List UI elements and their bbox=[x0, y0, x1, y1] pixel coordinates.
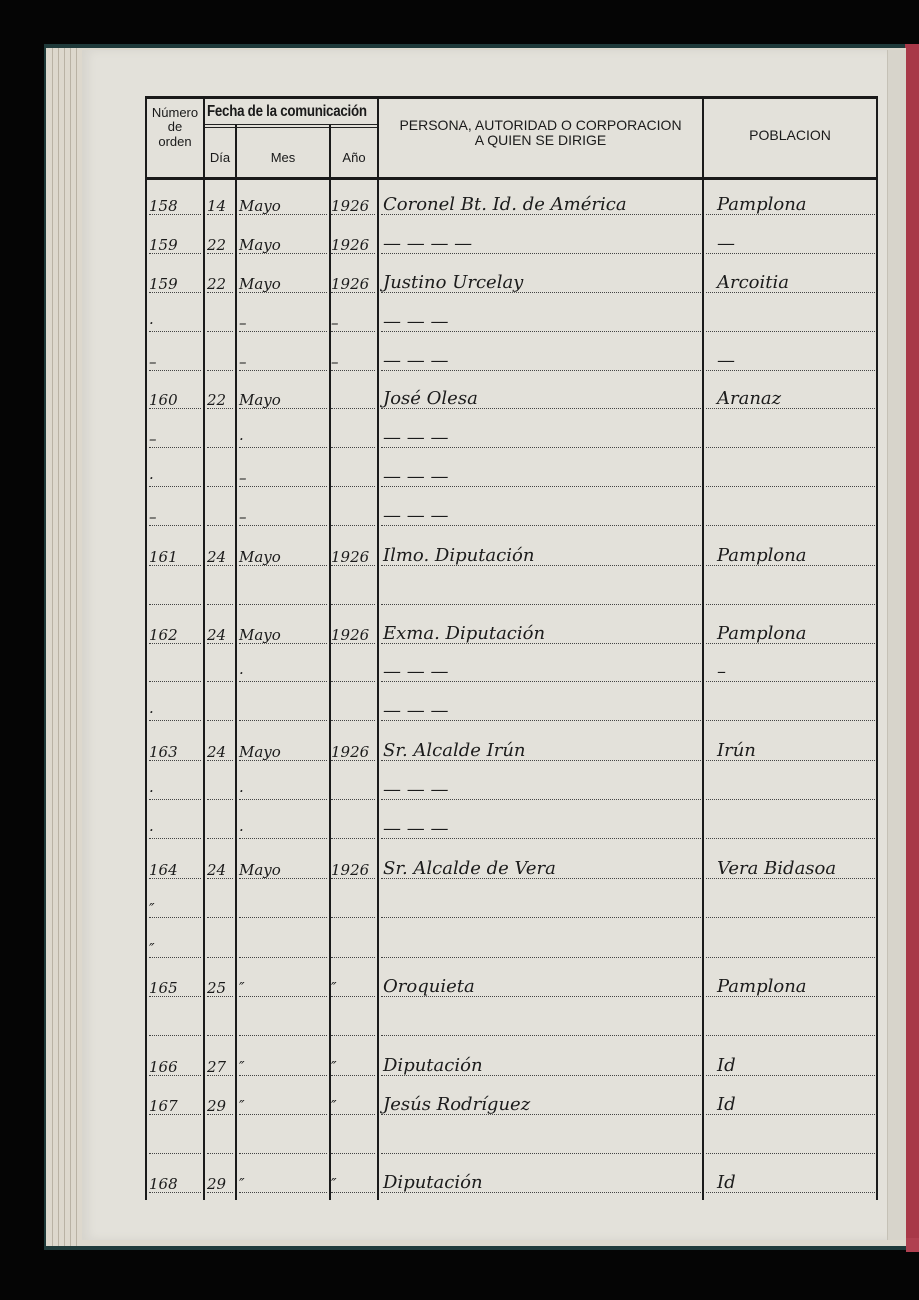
cell-numero: 166 bbox=[149, 1060, 178, 1075]
cell-numero: 168 bbox=[149, 1177, 178, 1192]
row-baseline bbox=[207, 799, 233, 800]
row-baseline bbox=[239, 447, 327, 448]
cell-ano: ″ bbox=[331, 1099, 337, 1114]
row-baseline bbox=[331, 486, 375, 487]
row-baseline bbox=[149, 331, 201, 332]
row-baseline bbox=[149, 838, 201, 839]
cell-persona: — — — bbox=[383, 781, 448, 799]
cell-dia: 24 bbox=[207, 628, 226, 643]
row-baseline bbox=[706, 447, 875, 448]
col-border-numero bbox=[203, 96, 205, 1200]
row-baseline bbox=[331, 1114, 375, 1115]
cell-persona: — — — bbox=[383, 468, 448, 486]
cell-persona: Coronel Bt. Id. de América bbox=[383, 196, 627, 214]
cell-mes: ″ bbox=[239, 1177, 245, 1192]
cell-poblacion: Pamplona bbox=[717, 978, 807, 996]
cell-numero: 159 bbox=[149, 238, 178, 253]
cell-numero: 160 bbox=[149, 393, 178, 408]
cell-ano: 1926 bbox=[331, 277, 369, 292]
row-baseline bbox=[331, 799, 375, 800]
book-binding-edge bbox=[905, 44, 919, 1244]
cell-ano: – bbox=[331, 355, 339, 370]
cell-numero: 165 bbox=[149, 981, 178, 996]
row-baseline bbox=[706, 681, 875, 682]
row-baseline bbox=[331, 996, 375, 997]
cell-numero: · bbox=[149, 705, 154, 720]
row-baseline bbox=[239, 1192, 327, 1193]
cell-persona: Diputación bbox=[383, 1174, 483, 1192]
row-baseline bbox=[239, 838, 327, 839]
cell-persona: — — — bbox=[383, 702, 448, 720]
row-baseline bbox=[207, 681, 233, 682]
cell-dia: 24 bbox=[207, 745, 226, 760]
row-baseline bbox=[207, 331, 233, 332]
fecha-subheader-line-2 bbox=[205, 127, 377, 128]
cell-persona: — — — bbox=[383, 663, 448, 681]
cell-mes: · bbox=[239, 432, 244, 447]
cell-mes: Mayo bbox=[239, 199, 281, 214]
row-baseline bbox=[239, 525, 327, 526]
col-border-ano bbox=[377, 96, 379, 1200]
cell-poblacion: Id bbox=[717, 1057, 736, 1075]
cell-mes: ″ bbox=[239, 981, 245, 996]
row-baseline bbox=[239, 370, 327, 371]
row-baseline bbox=[706, 720, 875, 721]
cell-persona: Oroquieta bbox=[383, 978, 475, 996]
row-baseline bbox=[149, 1035, 201, 1036]
row-baseline bbox=[207, 447, 233, 448]
cell-dia: 14 bbox=[207, 199, 226, 214]
row-baseline bbox=[149, 799, 201, 800]
row-baseline bbox=[706, 838, 875, 839]
cell-dia: 27 bbox=[207, 1060, 226, 1075]
cell-persona: Sr. Alcalde de Vera bbox=[383, 860, 556, 878]
row-baseline bbox=[207, 917, 233, 918]
row-baseline bbox=[149, 1153, 201, 1154]
cell-dia: 24 bbox=[207, 550, 226, 565]
row-baseline bbox=[381, 604, 701, 605]
row-baseline bbox=[149, 917, 201, 918]
cell-persona: — — — bbox=[383, 429, 448, 447]
row-baseline bbox=[239, 1114, 327, 1115]
cell-poblacion: Vera Bidasoa bbox=[717, 860, 836, 878]
cell-ano: 1926 bbox=[331, 628, 369, 643]
row-baseline bbox=[331, 957, 375, 958]
ledger-table: Número de orden Fecha de la comunicación… bbox=[145, 96, 878, 1200]
cell-persona: — — — — bbox=[383, 235, 472, 253]
cell-dia: 29 bbox=[207, 1099, 226, 1114]
cell-persona: Sr. Alcalde Irún bbox=[383, 742, 526, 760]
header-bottom-border bbox=[147, 177, 876, 180]
cell-mes: ″ bbox=[239, 1099, 245, 1114]
row-baseline bbox=[239, 1075, 327, 1076]
cell-mes: Mayo bbox=[239, 550, 281, 565]
col-border-right bbox=[876, 96, 878, 1200]
cell-dia: 25 bbox=[207, 981, 226, 996]
cell-numero: 167 bbox=[149, 1099, 178, 1114]
row-baseline bbox=[239, 1035, 327, 1036]
cell-poblacion: — bbox=[717, 352, 735, 370]
cell-dia: 22 bbox=[207, 277, 226, 292]
header-poblacion: POBLACION bbox=[704, 128, 876, 143]
row-baseline bbox=[239, 720, 327, 721]
row-baseline bbox=[239, 1153, 327, 1154]
cell-numero: ″ bbox=[149, 902, 155, 917]
cell-poblacion: Id bbox=[717, 1096, 736, 1114]
row-baseline bbox=[331, 838, 375, 839]
header-numero-line3: orden bbox=[147, 135, 203, 149]
header-ano: Año bbox=[331, 151, 377, 165]
cell-ano: 1926 bbox=[331, 199, 369, 214]
cell-persona: — — — bbox=[383, 313, 448, 331]
row-baseline bbox=[331, 1192, 375, 1193]
row-baseline bbox=[706, 486, 875, 487]
row-baseline bbox=[149, 957, 201, 958]
row-baseline bbox=[239, 799, 327, 800]
cell-ano: 1926 bbox=[331, 550, 369, 565]
row-baseline bbox=[706, 1153, 875, 1154]
header-fecha-group: Fecha de la comunicación bbox=[207, 103, 376, 120]
row-baseline bbox=[331, 1035, 375, 1036]
row-baseline bbox=[706, 957, 875, 958]
cell-persona: José Olesa bbox=[383, 390, 478, 408]
row-baseline bbox=[239, 331, 327, 332]
row-baseline bbox=[207, 957, 233, 958]
row-baseline bbox=[239, 957, 327, 958]
cell-mes: – bbox=[239, 355, 247, 370]
row-baseline bbox=[331, 408, 375, 409]
cell-numero: · bbox=[149, 316, 154, 331]
col-border-left bbox=[145, 96, 147, 1200]
cell-numero: 161 bbox=[149, 550, 178, 565]
row-baseline bbox=[207, 838, 233, 839]
cell-poblacion: Pamplona bbox=[717, 625, 807, 643]
cell-numero: – bbox=[149, 355, 157, 370]
cell-ano: ″ bbox=[331, 981, 337, 996]
row-baseline bbox=[239, 996, 327, 997]
cell-numero: · bbox=[149, 471, 154, 486]
cell-dia: 22 bbox=[207, 238, 226, 253]
cell-numero: ″ bbox=[149, 942, 155, 957]
fecha-subheader-line bbox=[205, 124, 377, 125]
row-baseline bbox=[239, 486, 327, 487]
cell-numero: 158 bbox=[149, 199, 178, 214]
row-baseline bbox=[331, 604, 375, 605]
cell-numero: – bbox=[149, 432, 157, 447]
cell-persona: Justino Urcelay bbox=[383, 274, 523, 292]
col-border-dia bbox=[235, 124, 237, 1200]
row-baseline bbox=[149, 486, 201, 487]
cell-persona: — — — bbox=[383, 352, 448, 370]
row-baseline bbox=[706, 331, 875, 332]
cell-ano: 1926 bbox=[331, 745, 369, 760]
cell-poblacion: Irún bbox=[717, 742, 756, 760]
cell-dia: 24 bbox=[207, 863, 226, 878]
cell-persona: Jesús Rodríguez bbox=[383, 1096, 530, 1114]
header-persona: PERSONA, AUTORIDAD O CORPORACION A QUIEN… bbox=[379, 118, 702, 149]
row-baseline bbox=[331, 525, 375, 526]
cell-poblacion: Aranaz bbox=[717, 390, 781, 408]
col-border-persona bbox=[702, 96, 704, 1200]
row-baseline bbox=[381, 917, 701, 918]
cell-mes: · bbox=[239, 823, 244, 838]
row-baseline bbox=[331, 1153, 375, 1154]
row-baseline bbox=[149, 447, 201, 448]
cell-persona: Ilmo. Diputación bbox=[383, 547, 534, 565]
row-baseline bbox=[239, 604, 327, 605]
cell-persona: — — — bbox=[383, 820, 448, 838]
row-baseline bbox=[207, 486, 233, 487]
cell-mes: · bbox=[239, 666, 244, 681]
row-baseline bbox=[207, 370, 233, 371]
row-baseline bbox=[331, 1075, 375, 1076]
cell-numero: – bbox=[149, 510, 157, 525]
row-baseline bbox=[706, 917, 875, 918]
row-baseline bbox=[149, 370, 201, 371]
cell-mes: – bbox=[239, 471, 247, 486]
row-baseline bbox=[207, 604, 233, 605]
header-persona-line1: PERSONA, AUTORIDAD O CORPORACION bbox=[379, 118, 702, 133]
row-baseline bbox=[149, 525, 201, 526]
cell-persona: — — — bbox=[383, 507, 448, 525]
row-baseline bbox=[381, 1035, 701, 1036]
cell-ano: 1926 bbox=[331, 238, 369, 253]
row-baseline bbox=[331, 681, 375, 682]
book-binding-corner bbox=[906, 1238, 919, 1252]
row-baseline bbox=[207, 1035, 233, 1036]
row-baseline bbox=[239, 917, 327, 918]
row-baseline bbox=[706, 525, 875, 526]
cell-poblacion: — bbox=[717, 235, 735, 253]
row-baseline bbox=[331, 447, 375, 448]
cell-dia: 22 bbox=[207, 393, 226, 408]
cell-poblacion: Pamplona bbox=[717, 547, 807, 565]
cell-mes: Mayo bbox=[239, 277, 281, 292]
cell-mes: – bbox=[239, 316, 247, 331]
row-baseline bbox=[149, 604, 201, 605]
row-baseline bbox=[706, 799, 875, 800]
cell-mes: Mayo bbox=[239, 745, 281, 760]
cell-poblacion: Pamplona bbox=[717, 196, 807, 214]
cell-mes: ″ bbox=[239, 1060, 245, 1075]
row-baseline bbox=[381, 957, 701, 958]
cell-numero: 163 bbox=[149, 745, 178, 760]
row-baseline bbox=[149, 720, 201, 721]
cell-dia: 29 bbox=[207, 1177, 226, 1192]
row-baseline bbox=[331, 720, 375, 721]
header-mes: Mes bbox=[237, 151, 329, 165]
header-persona-line2: A QUIEN SE DIRIGE bbox=[379, 133, 702, 148]
row-baseline bbox=[706, 1035, 875, 1036]
cell-mes: Mayo bbox=[239, 628, 281, 643]
cell-poblacion: Arcoitia bbox=[717, 274, 789, 292]
table-top-border bbox=[145, 96, 878, 99]
row-baseline bbox=[207, 1153, 233, 1154]
row-baseline bbox=[149, 681, 201, 682]
cell-persona: Diputación bbox=[383, 1057, 483, 1075]
cell-poblacion: – bbox=[717, 663, 726, 681]
header-numero-line2: de bbox=[147, 120, 203, 134]
cell-ano: ″ bbox=[331, 1060, 337, 1075]
row-baseline bbox=[207, 525, 233, 526]
cell-numero: · bbox=[149, 784, 154, 799]
cell-numero: 159 bbox=[149, 277, 178, 292]
page-right-edge bbox=[887, 50, 906, 1240]
cell-numero: · bbox=[149, 823, 154, 838]
cell-persona: Exma. Diputación bbox=[383, 625, 545, 643]
row-baseline bbox=[381, 1153, 701, 1154]
header-numero-de-orden: Número de orden bbox=[147, 106, 203, 149]
cell-mes: Mayo bbox=[239, 863, 281, 878]
row-baseline bbox=[706, 604, 875, 605]
cell-mes: Mayo bbox=[239, 393, 281, 408]
cell-mes: Mayo bbox=[239, 238, 281, 253]
row-baseline bbox=[331, 917, 375, 918]
cell-ano: 1926 bbox=[331, 863, 369, 878]
row-baseline bbox=[207, 720, 233, 721]
header-numero-line1: Número bbox=[147, 106, 203, 120]
cell-numero: 164 bbox=[149, 863, 178, 878]
row-baseline bbox=[239, 681, 327, 682]
cell-numero: 162 bbox=[149, 628, 178, 643]
cell-mes: · bbox=[239, 784, 244, 799]
header-dia: Día bbox=[205, 151, 235, 165]
cell-ano: – bbox=[331, 316, 339, 331]
cell-poblacion: Id bbox=[717, 1174, 736, 1192]
cell-mes: – bbox=[239, 510, 247, 525]
cell-ano: ″ bbox=[331, 1177, 337, 1192]
